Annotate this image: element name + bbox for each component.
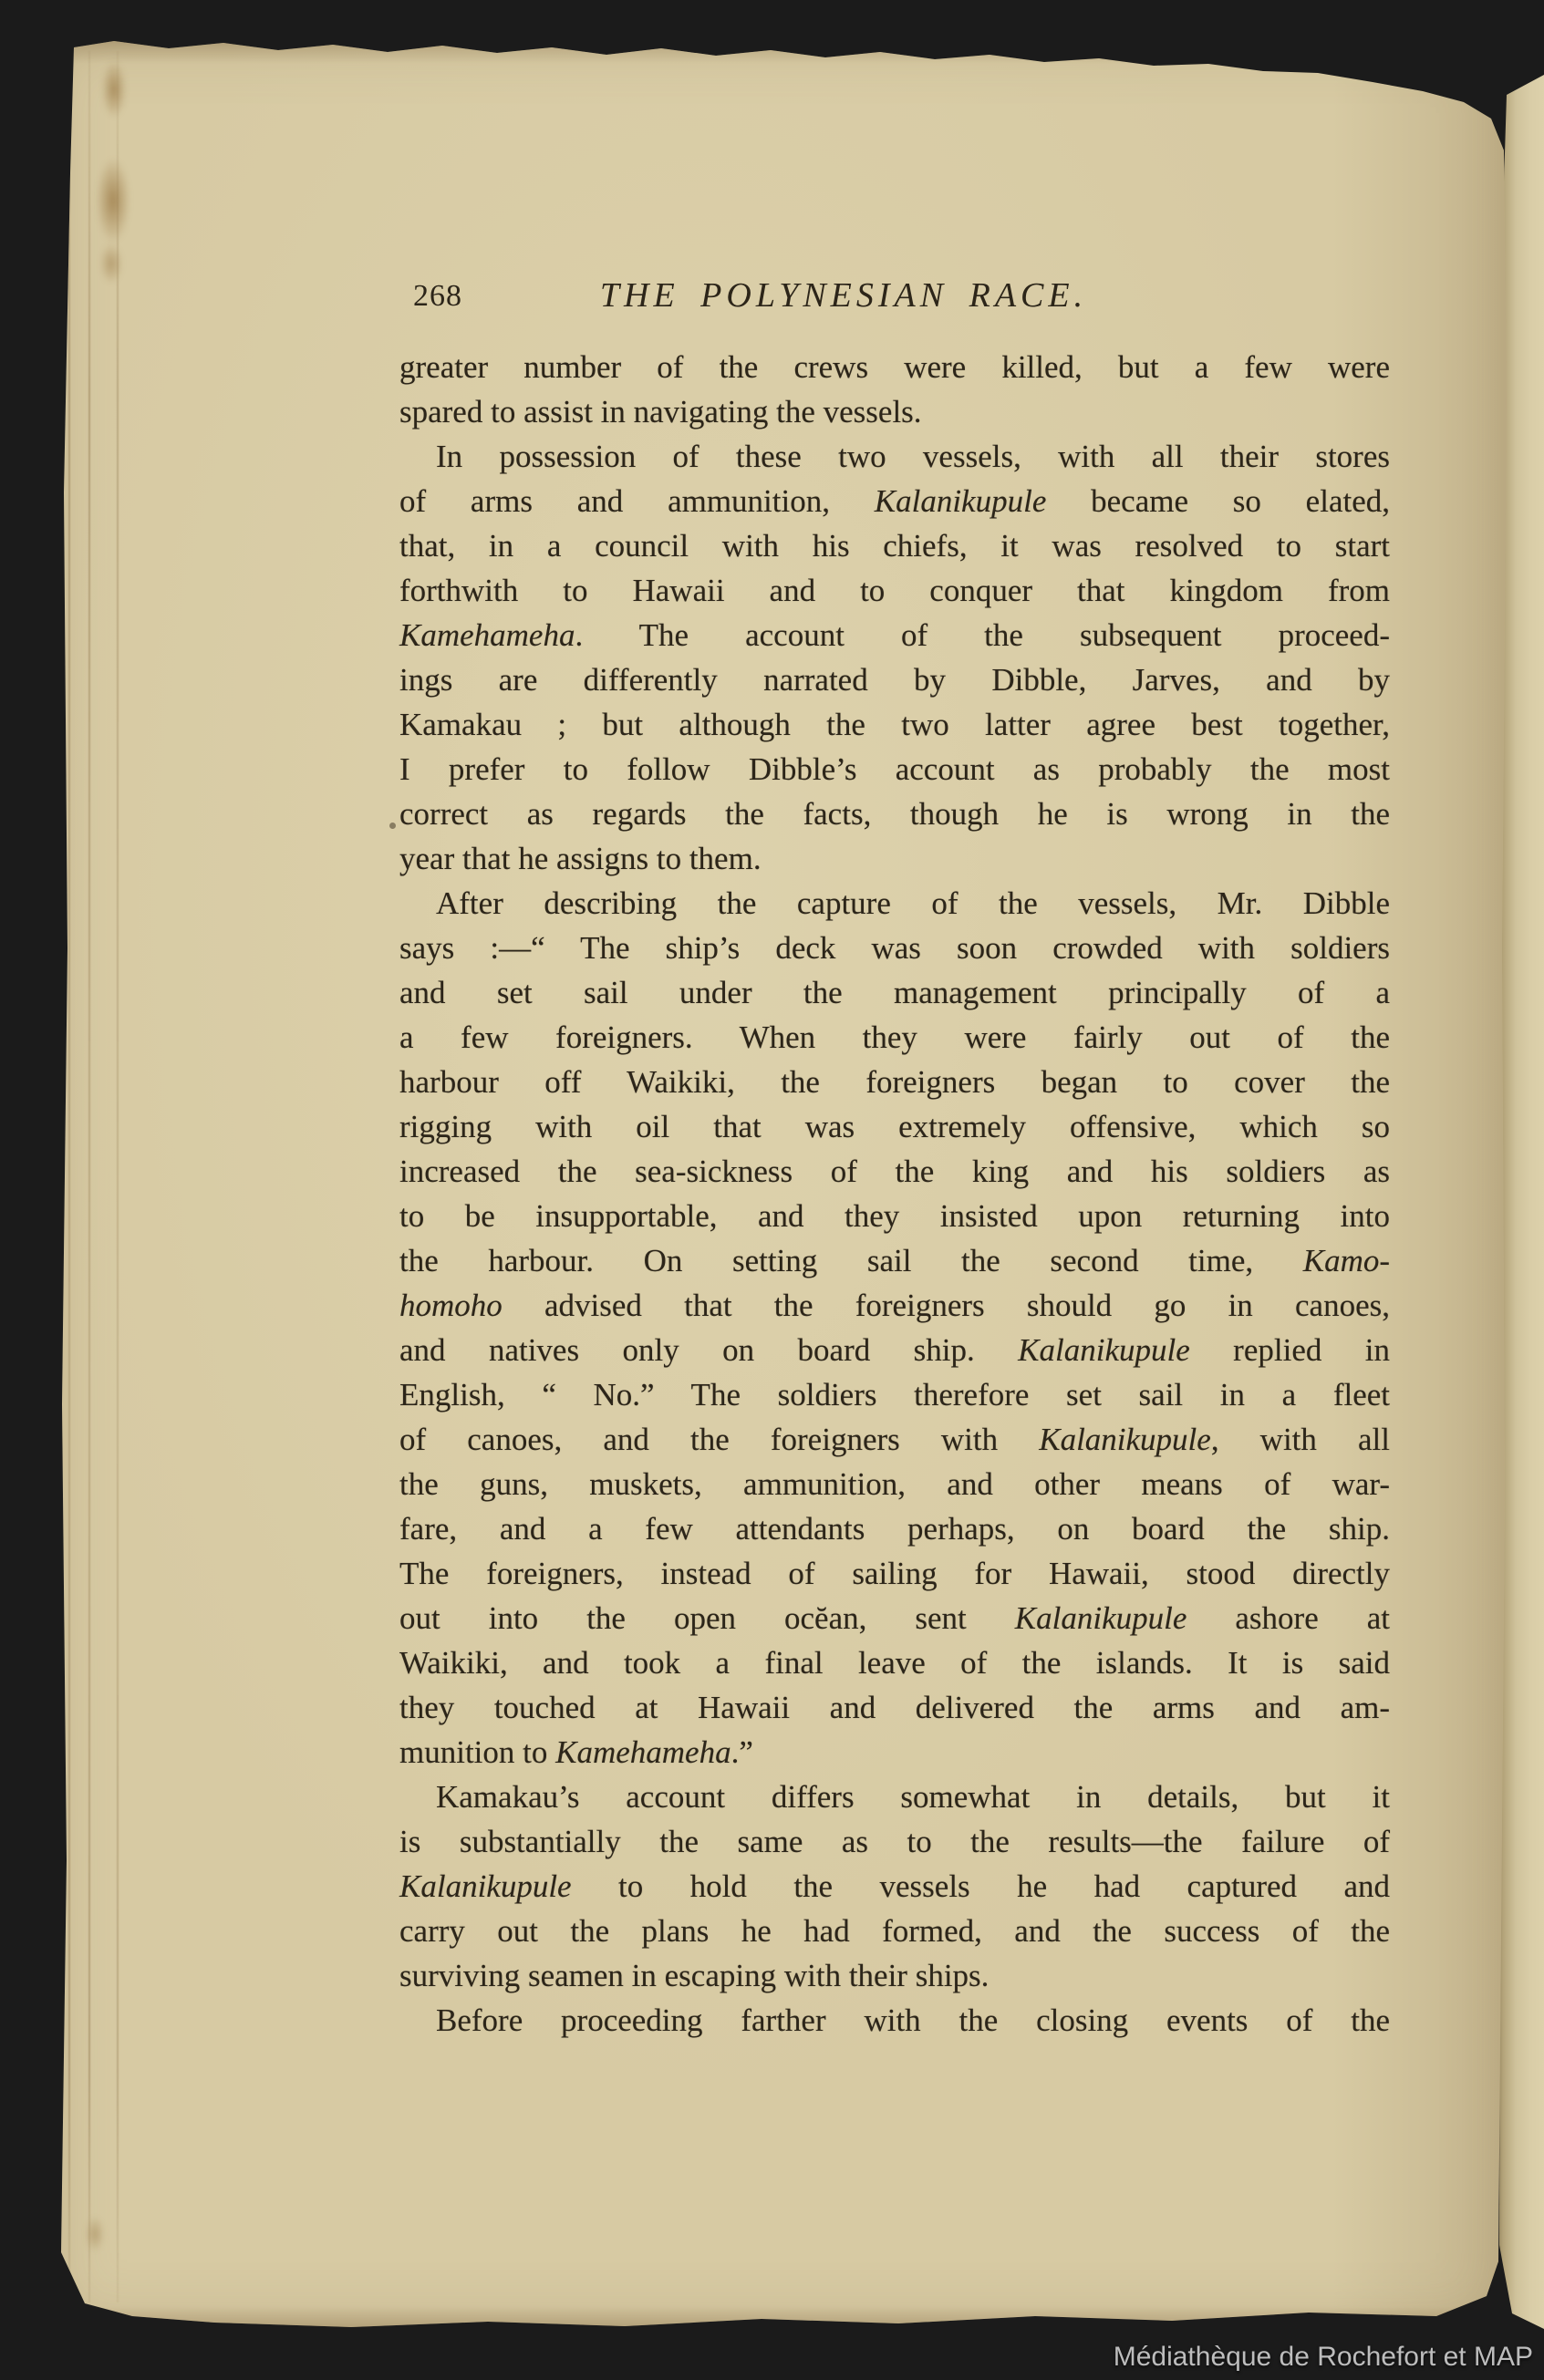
text-line: English, “ No.” The soldiers therefore s… bbox=[399, 1372, 1390, 1417]
text-line: Kalanikupule to hold the vessels he had … bbox=[399, 1864, 1390, 1909]
text-line: In possession of these two vessels, with… bbox=[399, 434, 1390, 479]
text-line: Before proceeding farther with the closi… bbox=[399, 1998, 1390, 2043]
text-line: I prefer to follow Dibble’s account as p… bbox=[399, 747, 1390, 792]
scan-background: { "colors":{ "background":"#1b1b1b", "pa… bbox=[0, 0, 1544, 2380]
text-line: carry out the plans he had formed, and t… bbox=[399, 1909, 1390, 1953]
text-line: to be insupportable, and they insisted u… bbox=[399, 1194, 1390, 1238]
book-page: 268 THE POLYNESIAN RACE. greater number … bbox=[50, 36, 1507, 2330]
page-stack-edge-line bbox=[117, 51, 119, 2302]
text-line: Kamakau’s account differs somewhat in de… bbox=[399, 1775, 1390, 1819]
text-line: year that he assigns to them. bbox=[399, 836, 1390, 881]
page-number: 268 bbox=[413, 279, 462, 314]
text-line: forthwith to Hawaii and to conquer that … bbox=[399, 568, 1390, 613]
paragraph: In possession of these two vessels, with… bbox=[399, 434, 1390, 881]
text-line: fare, and a few attendants perhaps, on b… bbox=[399, 1506, 1390, 1551]
paragraph: Kamakau’s account differs somewhat in de… bbox=[399, 1775, 1390, 1998]
text-line: harbour off Waikiki, the foreigners bega… bbox=[399, 1060, 1390, 1104]
text-line: surviving seamen in escaping with their … bbox=[399, 1953, 1390, 1998]
running-title: THE POLYNESIAN RACE. bbox=[399, 274, 1288, 316]
text-line: greater number of the crews were killed,… bbox=[399, 345, 1390, 389]
text-line: Kamehameha. The account of the subsequen… bbox=[399, 613, 1390, 657]
text-line: they touched at Hawaii and delivered the… bbox=[399, 1685, 1390, 1730]
text-line: ings are differently narrated by Dibble,… bbox=[399, 657, 1390, 702]
text-line: spared to assist in navigating the vesse… bbox=[399, 389, 1390, 434]
paragraph: greater number of the crews were killed,… bbox=[399, 345, 1390, 434]
text-line: rigging with oil that was extremely offe… bbox=[399, 1104, 1390, 1149]
ink-speck bbox=[389, 823, 396, 829]
foxing-stain bbox=[99, 243, 123, 285]
text-line: a few foreigners. When they were fairly … bbox=[399, 1015, 1390, 1060]
text-line: is substantially the same as to the resu… bbox=[399, 1819, 1390, 1864]
text-line: says :—“ The ship’s deck was soon crowde… bbox=[399, 926, 1390, 970]
text-line: of arms and ammunition, Kalanikupule bec… bbox=[399, 479, 1390, 523]
text-line: of canoes, and the foreigners with Kalan… bbox=[399, 1417, 1390, 1462]
paragraph: Before proceeding farther with the closi… bbox=[399, 1998, 1390, 2043]
text-line: Kamakau ; but although the two latter ag… bbox=[399, 702, 1390, 747]
text-line: Waikiki, and took a final leave of the i… bbox=[399, 1640, 1390, 1685]
text-line: correct as regards the facts, though he … bbox=[399, 792, 1390, 836]
text-block: 268 THE POLYNESIAN RACE. greater number … bbox=[399, 274, 1390, 2043]
page-header: 268 THE POLYNESIAN RACE. bbox=[399, 274, 1390, 326]
text-line: After describing the capture of the vess… bbox=[399, 881, 1390, 926]
text-line: that, in a council with his chiefs, it w… bbox=[399, 523, 1390, 568]
page-stack-edge-line bbox=[68, 51, 70, 2302]
text-line: and set sail under the management princi… bbox=[399, 970, 1390, 1015]
text-line: increased the sea-sickness of the king a… bbox=[399, 1149, 1390, 1194]
text-line: homoho advised that the foreigners shoul… bbox=[399, 1283, 1390, 1328]
foxing-stain bbox=[101, 60, 127, 119]
foxing-stain bbox=[85, 2216, 105, 2252]
library-watermark: Médiathèque de Rochefort et MAP bbox=[1114, 2342, 1533, 2373]
text-line: out into the open ocĕan, sent Kalanikupu… bbox=[399, 1596, 1390, 1640]
text-line: the harbour. On setting sail the second … bbox=[399, 1238, 1390, 1283]
page-text: greater number of the crews were killed,… bbox=[399, 345, 1390, 2043]
text-line: and natives only on board ship. Kalaniku… bbox=[399, 1328, 1390, 1372]
foxing-stain bbox=[96, 157, 130, 244]
paragraph: After describing the capture of the vess… bbox=[399, 881, 1390, 1775]
text-line: munition to Kamehameha.” bbox=[399, 1730, 1390, 1775]
text-line: The foreigners, instead of sailing for H… bbox=[399, 1551, 1390, 1596]
text-line: the guns, muskets, ammunition, and other… bbox=[399, 1462, 1390, 1506]
page-stack-edge-line bbox=[88, 51, 90, 2302]
